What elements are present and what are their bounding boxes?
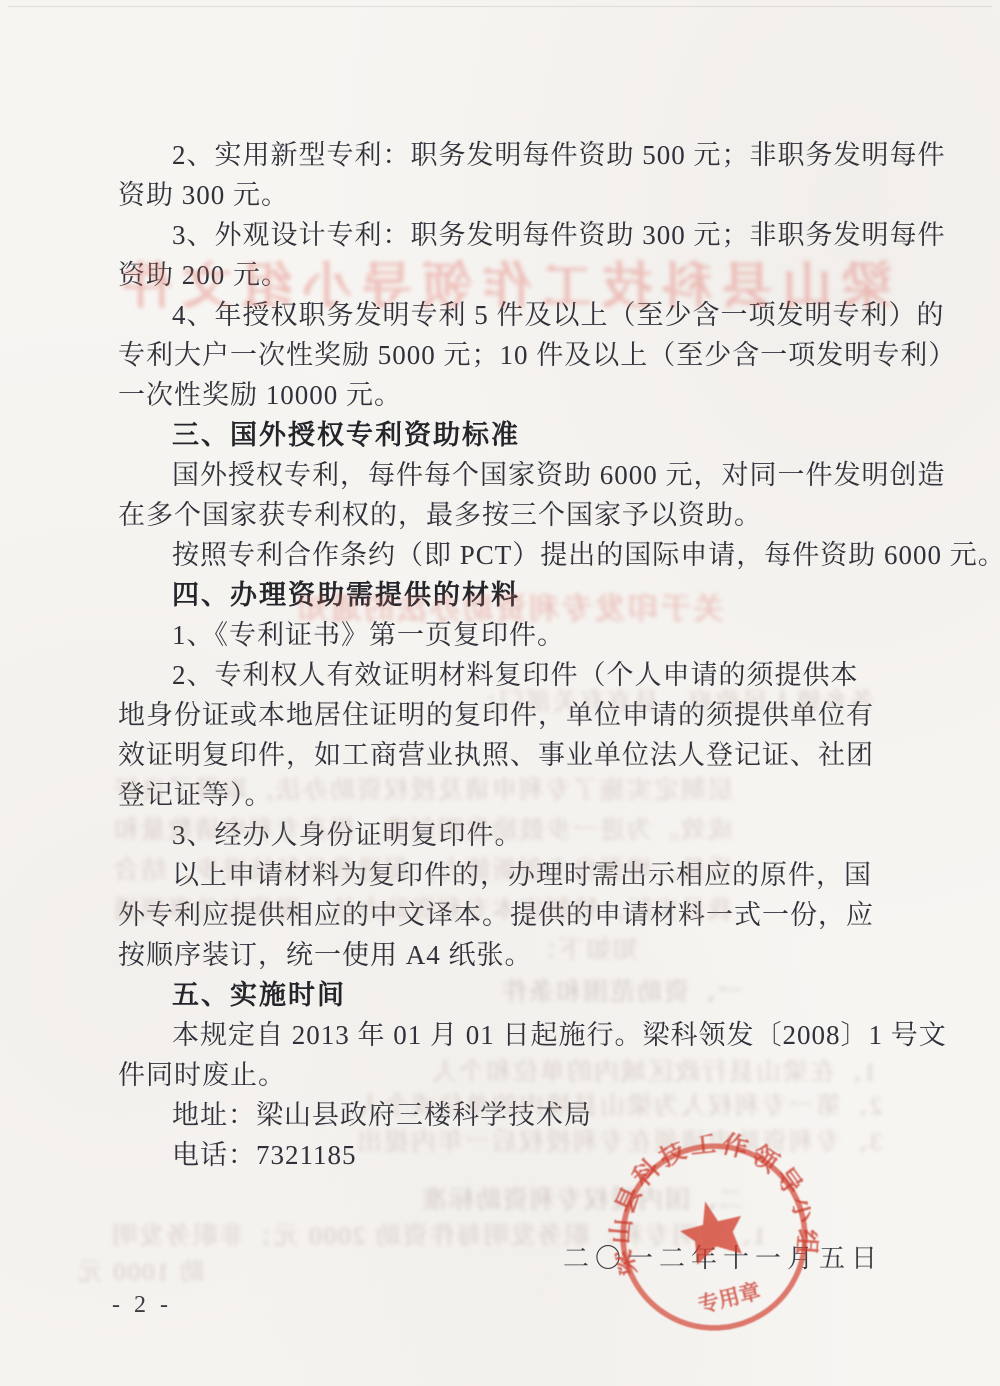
address-line: 地址：梁山县政府三楼科学技术局 bbox=[118, 1095, 918, 1135]
text-line: 一次性奖励 10000 元。 bbox=[118, 375, 918, 415]
text-line: 按顺序装订，统一使用 A4 纸张。 bbox=[118, 935, 918, 975]
text-line: 国外授权专利，每件每个国家资助 6000 元，对同一件发明创造 bbox=[118, 455, 918, 495]
text-line: 1、《专利证书》第一页复印件。 bbox=[118, 615, 918, 655]
text-line: 件同时废止。 bbox=[118, 1055, 918, 1095]
text-line: 资助 200 元。 bbox=[118, 255, 918, 295]
ghost-line: 助 1000 元 bbox=[76, 1252, 205, 1288]
seal-bottom-text: 专用章 bbox=[695, 1278, 762, 1318]
text-line: 专利大户一次性奖励 5000 元；10 件及以上（至少含一项发明专利） bbox=[118, 335, 918, 375]
text-line: 按照专利合作条约（即 PCT）提出的国际申请，每件资助 6000 元。 bbox=[118, 535, 918, 575]
scan-edge-line bbox=[8, 6, 992, 7]
text-line: 地身份证或本地居住证明的复印件，单位申请的须提供单位有 bbox=[118, 695, 918, 735]
document-body: 2、实用新型专利：职务发明每件资助 500 元；非职务发明每件 资助 300 元… bbox=[118, 135, 918, 1175]
page-number: - 2 - bbox=[112, 1292, 172, 1319]
text-line: 4、年授权职务发明专利 5 件及以上（至少含一项发明专利）的 bbox=[118, 295, 918, 335]
document-page: 梁山县科技工作领导小组文件 关于印发专利资助办法的通知 各乡镇人民政府、县直有关… bbox=[0, 0, 1000, 1386]
text-line: 资助 300 元。 bbox=[118, 175, 918, 215]
text-line: 3、外观设计专利：职务发明每件资助 300 元；非职务发明每件 bbox=[118, 215, 918, 255]
text-line: 3、经办人身份证明复印件。 bbox=[118, 815, 918, 855]
text-line: 以上申请材料为复印件的，办理时需出示相应的原件，国 bbox=[118, 855, 918, 895]
text-line: 2、实用新型专利：职务发明每件资助 500 元；非职务发明每件 bbox=[118, 135, 918, 175]
text-line: 在多个国家获专利权的，最多按三个国家予以资助。 bbox=[118, 495, 918, 535]
section-heading: 三、国外授权专利资助标准 bbox=[118, 415, 918, 455]
text-line: 本规定自 2013 年 01 月 01 日起施行。梁科领发〔2008〕1 号文 bbox=[118, 1015, 918, 1055]
seal-star-icon bbox=[675, 1194, 750, 1267]
section-heading: 四、办理资助需提供的材料 bbox=[118, 575, 918, 615]
text-line: 登记证等）。 bbox=[118, 775, 918, 815]
text-line: 效证明复印件，如工商营业执照、事业单位法人登记证、社团 bbox=[118, 735, 918, 775]
text-line: 2、专利权人有效证明材料复印件（个人申请的须提供本 bbox=[118, 655, 918, 695]
section-heading: 五、实施时间 bbox=[118, 975, 918, 1015]
text-line: 外专利应提供相应的中文译本。提供的申请材料一式一份，应 bbox=[118, 895, 918, 935]
